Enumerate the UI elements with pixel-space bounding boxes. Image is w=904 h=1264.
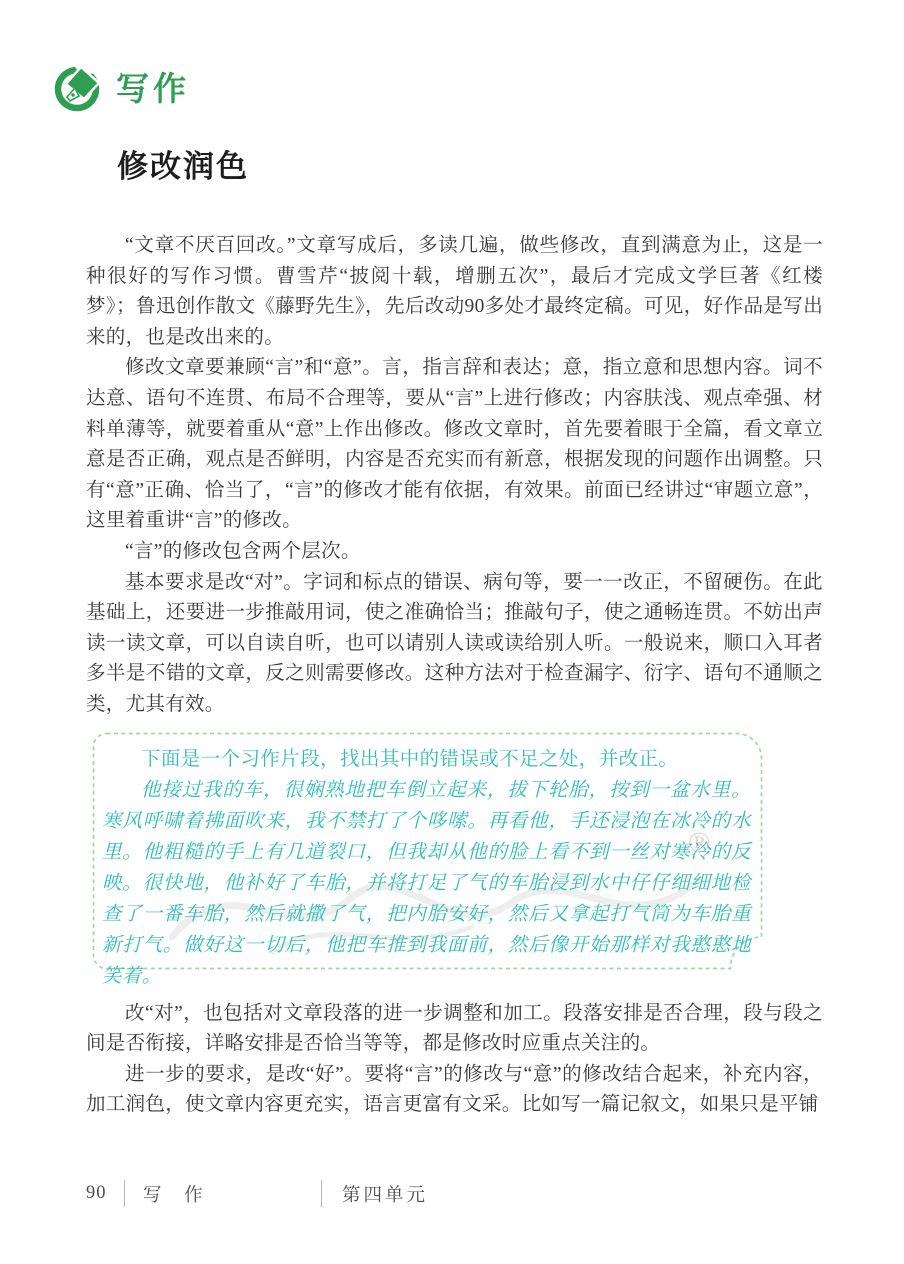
exercise-content: 下面是一个习作片段，找出其中的错误或不足之处，并改正。 他接过我的车，很娴熟地把…	[102, 744, 751, 992]
paragraph: 改“对”，也包括对文章段落的进一步调整和加工。段落安排是否合理，段与段之间是否衔…	[86, 999, 823, 1060]
textbook-page: 写作 修改润色 “文章不厌百回改。”文章写成后，多读几遍，做些修改，直到满意为止…	[0, 0, 904, 1264]
exercise-prompt: 下面是一个习作片段，找出其中的错误或不足之处，并改正。	[102, 744, 751, 775]
page-footer: 90 写 作 第四单元	[86, 1180, 428, 1207]
footer-unit-label: 第四单元	[342, 1181, 428, 1207]
writing-pen-logo-icon	[54, 64, 102, 112]
unit-label: 写作	[116, 72, 190, 105]
exercise-box: ® 下面是一个习作片段，找出其中的错误或不足之处，并改正。 他接过我的车，很娴熟…	[92, 732, 763, 971]
page-number: 90	[86, 1183, 120, 1204]
page-title: 修改润色	[117, 141, 249, 186]
paragraph: 修改文章要兼顾“言”和“意”。言，指言辞和表达；意，指立意和思想内容。词不达意、…	[86, 353, 823, 537]
paragraph: “言”的修改包含两个层次。	[86, 537, 823, 568]
unit-header: 写作	[54, 64, 190, 112]
paragraph: 进一步的要求，是改“好”。要将“言”的修改与“意”的修改结合起来，补充内容，加工…	[86, 1060, 823, 1121]
body-text-column: “文章不厌百回改。”文章写成后，多读几遍，做些修改，直到满意为止，这是一种很好的…	[86, 231, 823, 1121]
footer-divider	[321, 1180, 322, 1207]
exercise-passage: 他接过我的车，很娴熟地把车倒立起来，拔下轮胎，按到一盆水里。寒风呼啸着拂面吹来，…	[102, 775, 751, 992]
paragraph: 基本要求是改“对”。字词和标点的错误、病句等，要一一改正，不留硬伤。在此基础上，…	[86, 568, 823, 721]
footer-divider	[124, 1180, 125, 1207]
paragraph: “文章不厌百回改。”文章写成后，多读几遍，做些修改，直到满意为止，这是一种很好的…	[86, 231, 823, 353]
footer-section-label: 写 作	[143, 1181, 317, 1207]
